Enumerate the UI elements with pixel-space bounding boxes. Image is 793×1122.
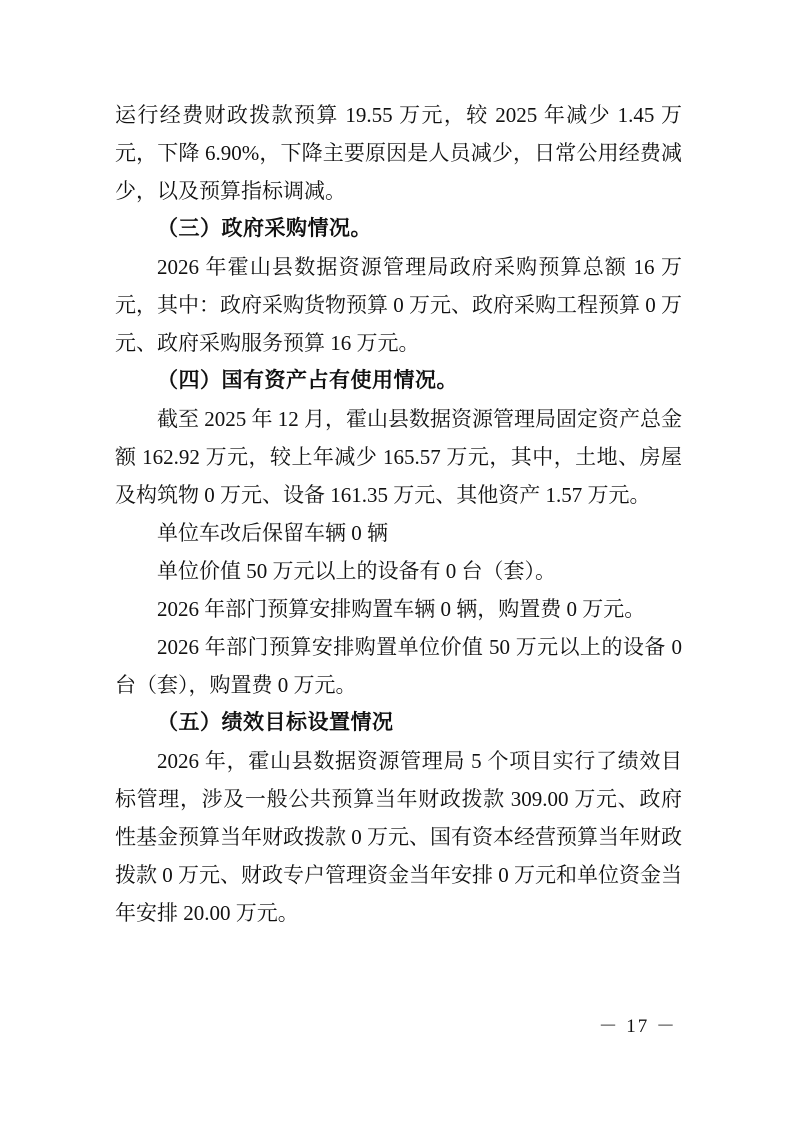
paragraph: 2026 年霍山县数据资源管理局政府采购预算总额 16 万元，其中：政府采购货物… [115,248,682,362]
paragraph: 2026 年部门预算安排购置单位价值 50 万元以上的设备 0 台（套），购置费… [115,628,682,704]
section-heading: （四）国有资产占有使用情况。 [115,362,682,400]
document-body: 运行经费财政拨款预算 19.55 万元，较 2025 年减少 1.45 万元，下… [115,96,682,932]
paragraph: 单位价值 50 万元以上的设备有 0 台（套）。 [115,552,682,590]
section-heading: （五）绩效目标设置情况 [115,704,682,742]
paragraph: 单位车改后保留车辆 0 辆 [115,514,682,552]
section-heading: （三）政府采购情况。 [115,210,682,248]
paragraph: 运行经费财政拨款预算 19.55 万元，较 2025 年减少 1.45 万元，下… [115,96,682,210]
page-number: － 17 － [598,1014,677,1040]
paragraph: 截至 2025 年 12 月，霍山县数据资源管理局固定资产总金额 162.92 … [115,400,682,514]
paragraph: 2026 年部门预算安排购置车辆 0 辆，购置费 0 万元。 [115,590,682,628]
document-page: 运行经费财政拨款预算 19.55 万元，较 2025 年减少 1.45 万元，下… [0,0,793,1122]
paragraph: 2026 年，霍山县数据资源管理局 5 个项目实行了绩效目标管理，涉及一般公共预… [115,742,682,932]
